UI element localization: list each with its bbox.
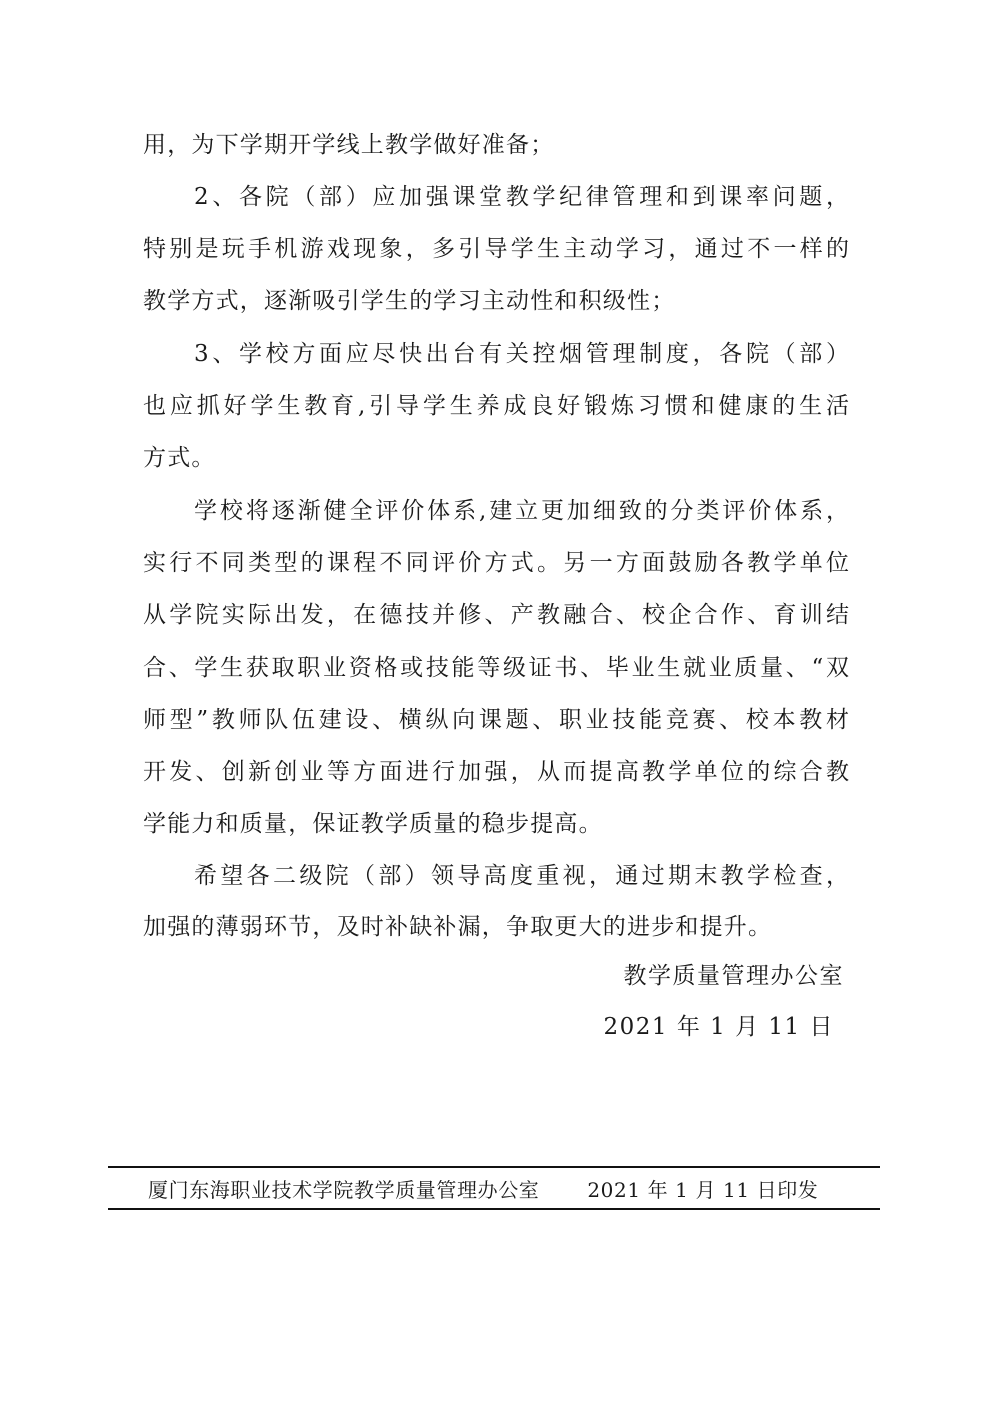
body-line: 从学院实际出发，在德技并修、产教融合、校企合作、育训结: [143, 600, 849, 630]
body-line: 学能力和质量，保证教学质量的稳步提高。: [143, 809, 603, 839]
signature-office: 教学质量管理办公室: [624, 961, 845, 991]
body-line-item-2: 2、各院（部）应加强课堂教学纪律管理和到课率问题，: [194, 182, 849, 212]
body-line: 师型”教师队伍建设、横纵向课题、职业技能竞赛、校本教材: [143, 705, 849, 735]
footer-issuer: 厦门东海职业技术学院教学质量管理办公室: [148, 1178, 539, 1202]
footer-issue-date: 2021 年 1 月 11 日印发: [587, 1178, 818, 1202]
body-line-item-3: 3、学校方面应尽快出台有关控烟管理制度，各院（部）: [194, 339, 849, 369]
body-line: 实行不同类型的课程不同评价方式。另一方面鼓励各教学单位: [143, 548, 849, 578]
body-line: 也应抓好学生教育,引导学生养成良好锻炼习惯和健康的生活: [143, 391, 849, 421]
footer-bottom-rule: [108, 1208, 880, 1210]
footer-issue-line: 厦门东海职业技术学院教学质量管理办公室 2021 年 1 月 11 日印发: [148, 1177, 818, 1203]
body-line-paragraph-start: 希望各二级院（部）领导高度重视，通过期末教学检查，: [194, 861, 849, 891]
body-line: 特别是玩手机游戏现象，多引导学生主动学习，通过不一样的: [143, 234, 849, 264]
body-line: 开发、创新创业等方面进行加强，从而提高教学单位的综合教: [143, 757, 849, 787]
body-line: 教学方式，逐渐吸引学生的学习主动性和积级性；: [143, 286, 675, 316]
body-line: 加强的薄弱环节，及时补缺补漏，争取更大的进步和提升。: [143, 912, 772, 942]
body-line: 用，为下学期开学线上教学做好准备；: [143, 130, 554, 160]
signature-date: 2021 年 1 月 11 日: [604, 1012, 835, 1042]
body-line: 方式。: [143, 443, 216, 473]
footer-top-rule: [108, 1166, 880, 1168]
body-line: 合、学生获取职业资格或技能等级证书、毕业生就业质量、“双: [143, 653, 849, 683]
body-line-paragraph-start: 学校将逐渐健全评价体系,建立更加细致的分类评价体系，: [194, 496, 849, 526]
